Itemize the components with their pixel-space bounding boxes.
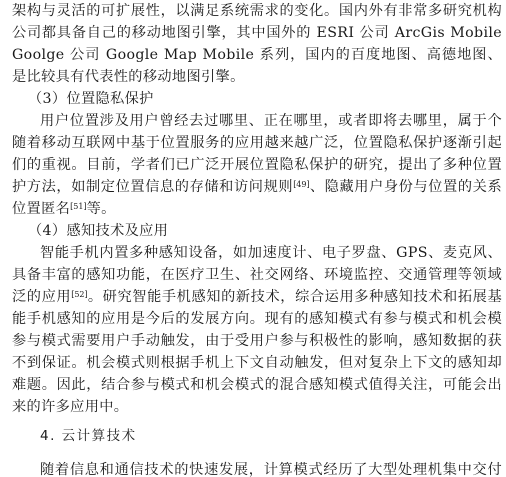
text-line: 参与模式需要用户手动触发，由于受用户参与积极性的影响，感知数据的获取量得 [12, 330, 502, 352]
text-line: 公司都具备自己的移动地图引擎，其中国外的 ESRI 公司 ArcGis Mobi… [12, 22, 502, 44]
text-line: 具备丰富的感知功能，在医疗卫生、社交网络、环境监控、交通管理等领域已有了广 [12, 264, 502, 286]
text-line: 随着移动互联网中基于位置服务的应用越来越广泛，位置隐私保护逐渐引起了人 [12, 132, 502, 154]
text-line: 用户位置涉及用户曾经去过哪里、正在哪里，或者即将去哪里，属于个人隐私。 [40, 110, 502, 132]
text-line: 能手机感知的应用是今后的发展方向。现有的感知模式有参与模式和机会模式。 [12, 308, 502, 330]
text-line: 智能手机内置多种感知设备，如加速度计、电子罗盘、GPS、麦克风、摄像头等， [40, 242, 502, 264]
citation-ref[interactable]: [52] [71, 290, 87, 299]
section-heading-sensing: （4）感知技术及应用 [28, 220, 490, 242]
text-span: 泛的应用 [12, 289, 71, 305]
text-span: 等。 [87, 201, 116, 217]
text-span: 、隐藏用户身份与位置的关系 [310, 179, 502, 195]
text-line: 架构与灵活的可扩展性，以满足系统需求的变化。国内外有非常多研究机构与大 [12, 0, 502, 22]
text-span: 位置匿名 [12, 201, 70, 217]
text-line: 来的许多应用中。 [12, 396, 502, 418]
text-line: 是比较具有代表性的移动地图引擎。 [12, 66, 502, 88]
citation-ref[interactable]: [51] [70, 202, 86, 211]
text-line: 泛的应用[52]。研究智能手机感知的新技术，综合运用多种感知技术和拓展基于智 [12, 286, 502, 308]
text-line: 们的重视。目前，学者们已广泛开展位置隐私保护的研究，提出了多种位置隐私保 [12, 154, 502, 176]
text-span: 护方法，如制定位置信息的存储和访问规则 [12, 179, 293, 195]
text-line: 位置匿名[51]等。 [12, 198, 502, 220]
section-heading-privacy: （3）位置隐私保护 [28, 88, 490, 110]
citation-ref[interactable]: [49] [293, 180, 309, 189]
chapter-heading-cloud: 4. 云计算技术 [40, 425, 506, 447]
text-line: 护方法，如制定位置信息的存储和访问规则[49]、隐藏用户身份与位置的关系[50]… [12, 176, 502, 198]
text-line: 不到保证。机会模式则根据手机上下文自动触发，但对复杂上下文的感知却是个 [12, 352, 502, 374]
text-line: Goolge 公司 Google Map Mobile 系列，国内的百度地图、高… [12, 44, 502, 66]
text-line: 随着信息和通信技术的快速发展，计算模式经历了大型处理机集中交付模式， [40, 459, 502, 477]
text-line: 难题。因此，结合参与模式和机会模式的混合感知模式值得关注，可能会出现在未 [12, 374, 502, 396]
